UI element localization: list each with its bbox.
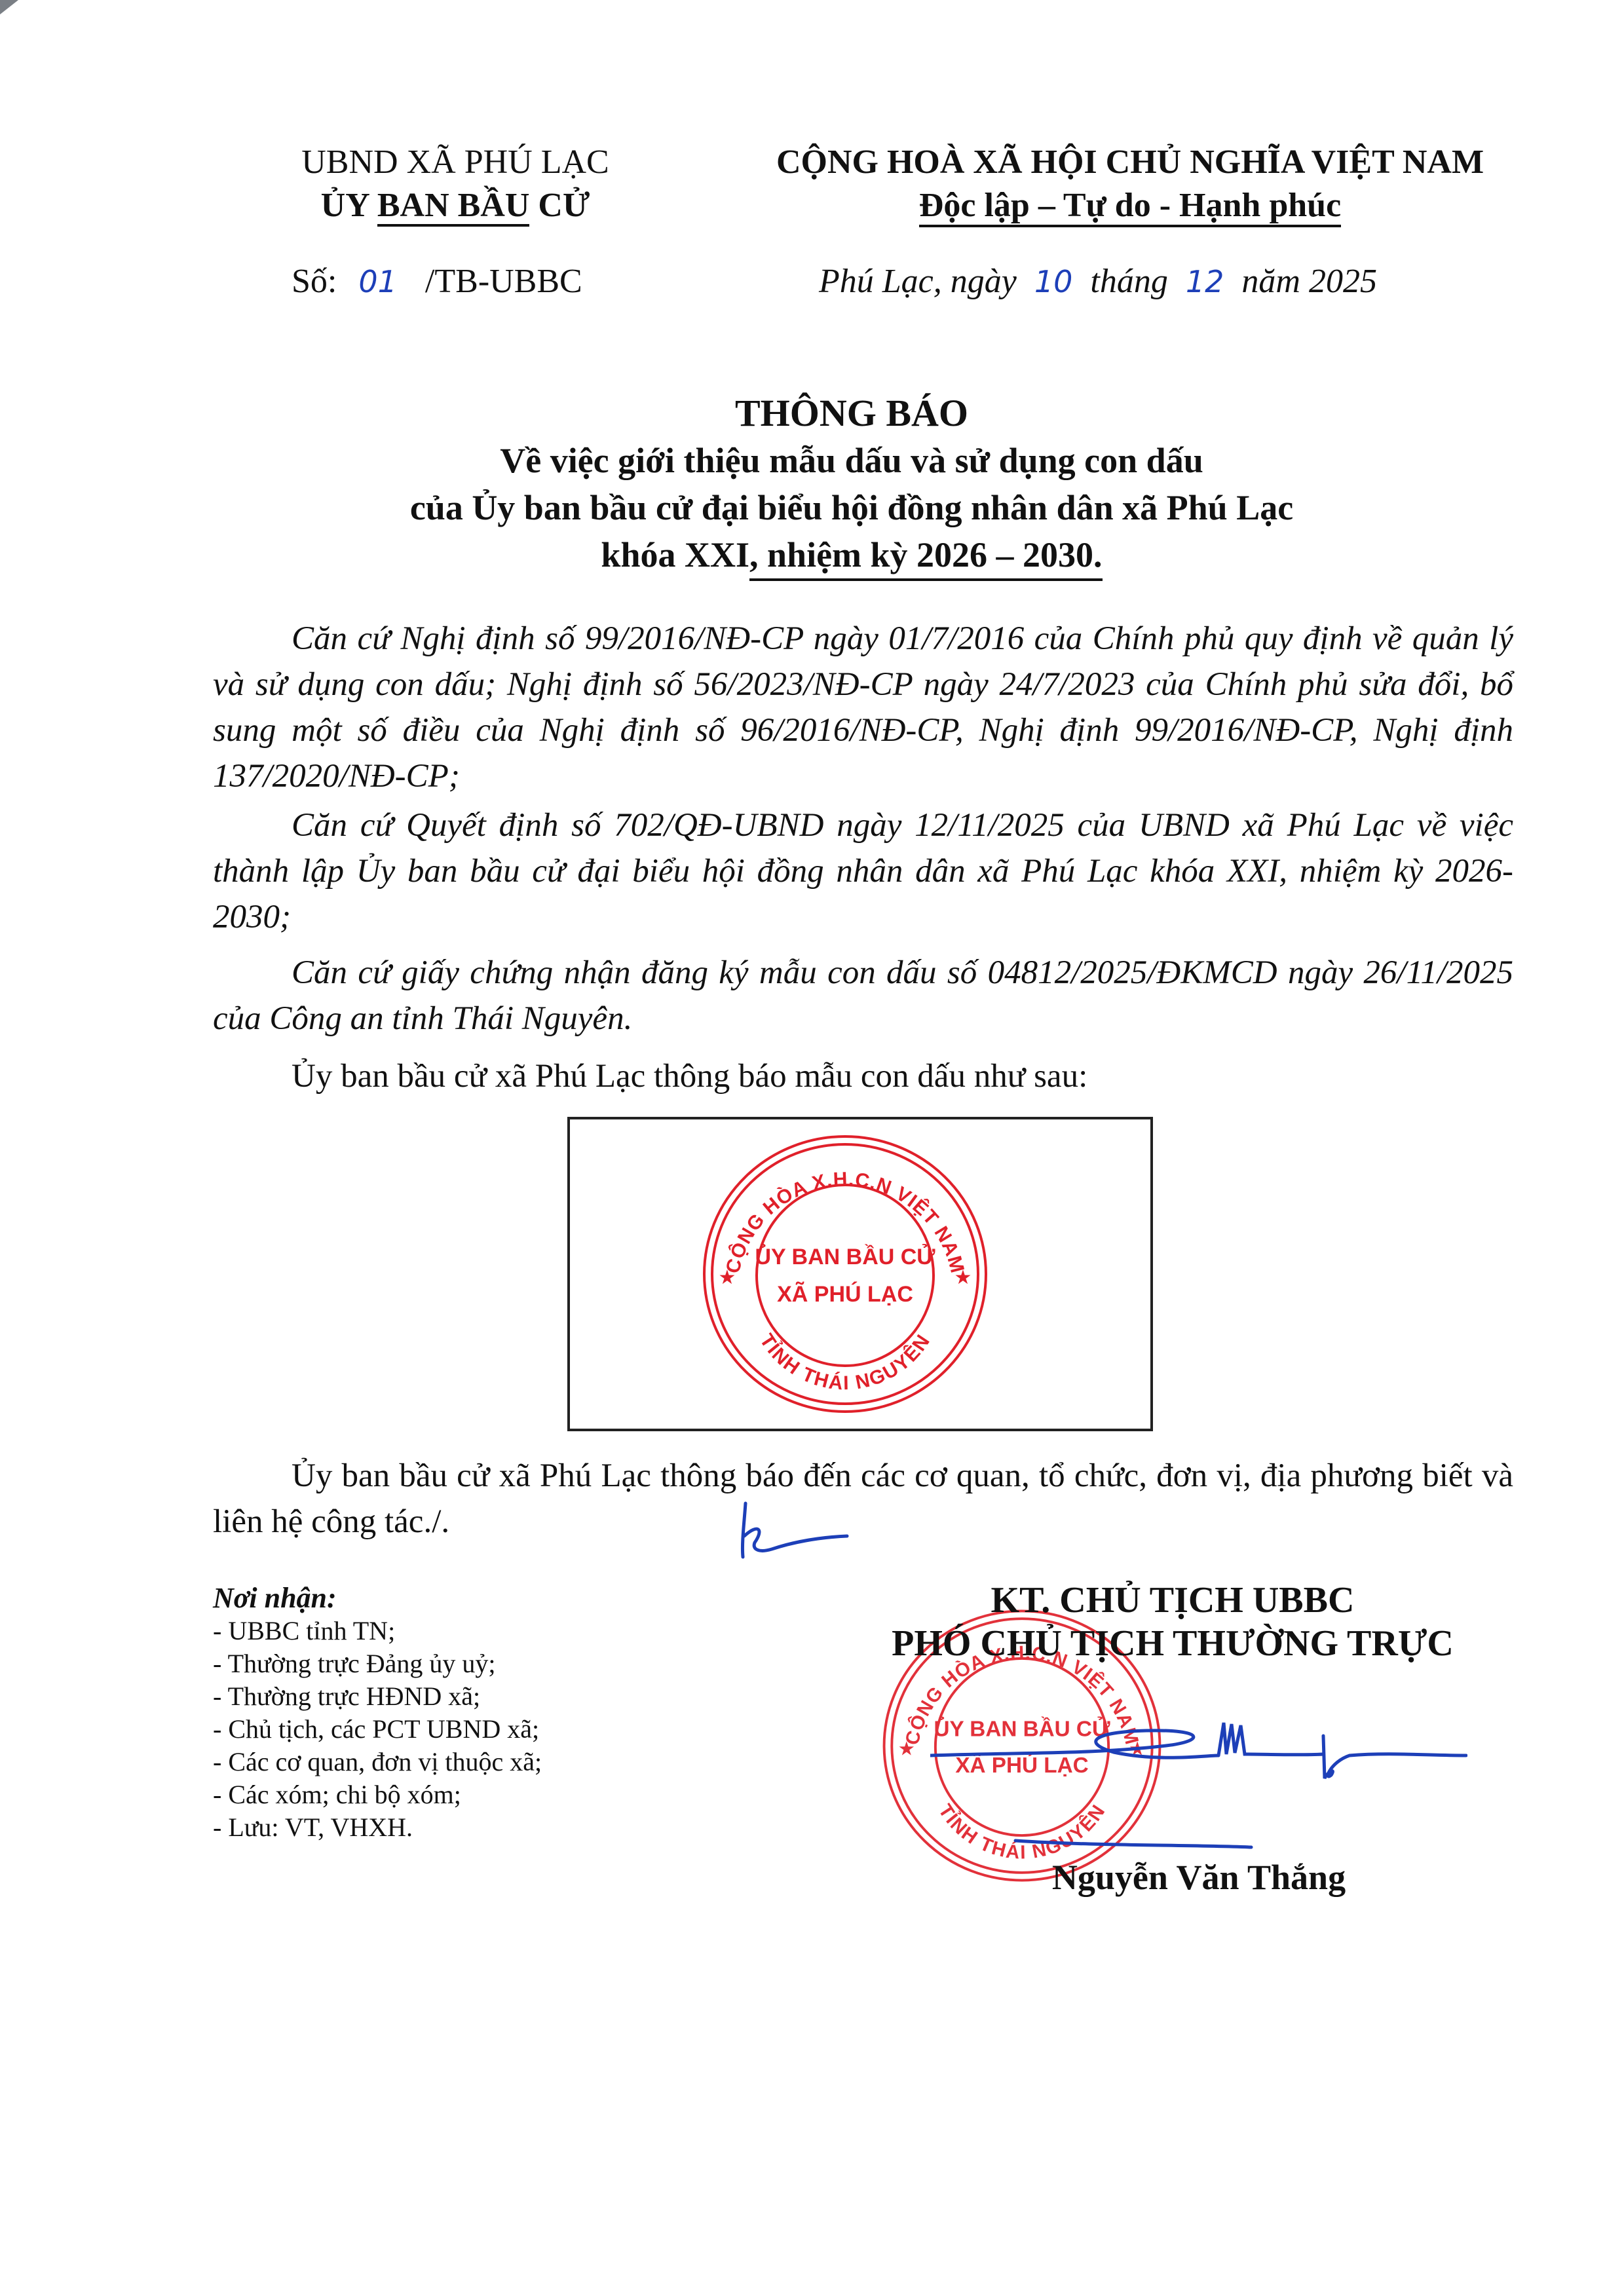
handwritten-initials	[732, 1497, 850, 1562]
handwritten-signature	[930, 1716, 1467, 1867]
title-line-1: Về việc giới thiệu mẫu dấu và sử dụng co…	[197, 437, 1507, 484]
issue-date: Phú Lạc, ngày 10 tháng 12 năm 2025	[819, 262, 1377, 301]
handwritten-day: 10	[1034, 264, 1073, 299]
document-title: THÔNG BÁO Về việc giới thiệu mẫu dấu và …	[197, 390, 1507, 581]
signatory-title-line-1: KT. CHỦ TỊCH UBBC	[852, 1579, 1494, 1622]
issuing-agency-block: UBND XÃ PHÚ LẠC ỦY BAN BẦU CỬ	[259, 141, 652, 227]
signatory-name: Nguyễn Văn Thắng	[852, 1857, 1494, 1898]
svg-text:★: ★	[954, 1267, 972, 1288]
recipient-item: - Thường trực Đảng ủy uỷ;	[213, 1647, 542, 1680]
scan-corner-fold	[0, 0, 18, 14]
recipient-item: - Thường trực HĐND xã;	[213, 1680, 542, 1713]
legal-basis-3: Căn cứ giấy chứng nhận đăng ký mẫu con d…	[213, 950, 1513, 1042]
document-number: Số: 01 /TB-UBBC	[292, 262, 582, 301]
handwritten-month: 12	[1186, 264, 1224, 299]
recipients-list: Nơi nhận: - UBBC tỉnh TN; - Thường trực …	[213, 1582, 542, 1844]
national-header: CỘNG HOÀ XÃ HỘI CHỦ NGHĨA VIỆT NAM Độc l…	[721, 141, 1539, 227]
legal-basis-1: Căn cứ Nghị định số 99/2016/NĐ-CP ngày 0…	[213, 616, 1513, 799]
announcement-line: Ủy ban bầu cử xã Phú Lạc thông báo mẫu c…	[213, 1053, 1513, 1099]
svg-text:★: ★	[719, 1267, 736, 1288]
svg-text:★: ★	[898, 1738, 915, 1760]
committee-name: ỦY BAN BẦU CỬ	[259, 184, 652, 227]
recipient-item: - Các cơ quan, đơn vị thuộc xã;	[213, 1746, 542, 1778]
signatory-title: KT. CHỦ TỊCH UBBC PHÓ CHỦ TỊCH THƯỜNG TR…	[852, 1579, 1494, 1665]
recipient-item: - Chủ tịch, các PCT UBND xã;	[213, 1713, 542, 1746]
svg-text:ỦY BAN BẦU CỬ: ỦY BAN BẦU CỬ	[755, 1245, 935, 1269]
signatory-title-line-2: PHÓ CHỦ TỊCH THƯỜNG TRỰC	[852, 1622, 1494, 1665]
recipients-heading: Nơi nhận:	[213, 1582, 542, 1615]
nation-name: CỘNG HOÀ XÃ HỘI CHỦ NGHĨA VIỆT NAM	[721, 141, 1539, 184]
recipient-item: - Lưu: VT, VHXH.	[213, 1811, 542, 1844]
recipient-item: - UBBC tỉnh TN;	[213, 1615, 542, 1647]
recipient-item: - Các xóm; chi bộ xóm;	[213, 1778, 542, 1811]
title-line-2: của Ủy ban bầu cử đại biểu hội đồng nhân…	[197, 484, 1507, 531]
title-main: THÔNG BÁO	[197, 390, 1507, 437]
closing-paragraph: Ủy ban bầu cử xã Phú Lạc thông báo đến c…	[213, 1453, 1513, 1545]
national-motto: Độc lập – Tự do - Hạnh phúc	[919, 187, 1341, 227]
official-stamp-sample: CỘNG HÒA X.H.C.N VIỆT NAM TỈNH THÁI NGUY…	[691, 1130, 999, 1418]
svg-text:XÃ PHÚ LẠC: XÃ PHÚ LẠC	[777, 1282, 913, 1307]
legal-basis-2: Căn cứ Quyết định số 702/QĐ-UBND ngày 12…	[213, 802, 1513, 940]
agency-name: UBND XÃ PHÚ LẠC	[259, 141, 652, 184]
title-line-3: khóa XXI, nhiệm kỳ 2026 – 2030.	[197, 531, 1507, 581]
handwritten-number: 01	[358, 264, 397, 299]
